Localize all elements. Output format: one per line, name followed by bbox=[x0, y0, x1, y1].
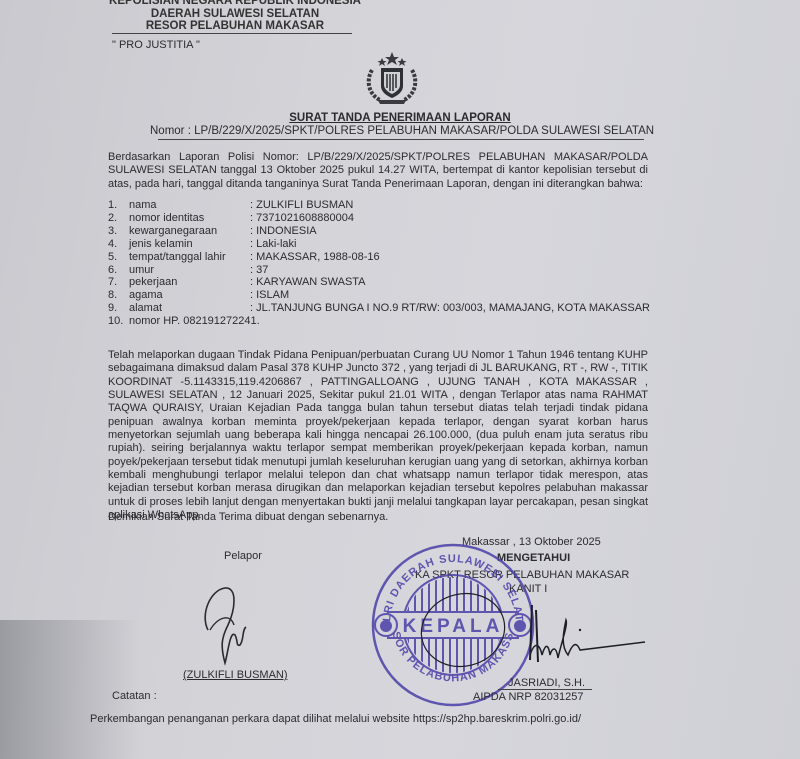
reporter-label: Pelapor bbox=[224, 550, 262, 562]
identity-row: 2.nomor identitas: 7371021608880004 bbox=[108, 212, 650, 225]
row-value: : ZULKIFLI BUSMAN bbox=[250, 199, 353, 212]
header-line-3: RESOR PELABUHAN MAKASAR bbox=[105, 20, 365, 33]
row-label: nomor identitas bbox=[129, 212, 250, 225]
document-title: SURAT TANDA PENERIMAAN LAPORAN bbox=[150, 112, 650, 124]
reporter-signature bbox=[200, 585, 270, 670]
row-number: 3. bbox=[108, 225, 129, 238]
identity-row: 5.tempat/tanggal lahir: MAKASSAR, 1988-0… bbox=[108, 251, 650, 264]
identity-list: 1.nama: ZULKIFLI BUSMAN 2.nomor identita… bbox=[108, 199, 650, 328]
police-emblem-icon bbox=[362, 50, 422, 106]
report-paragraph: Telah melaporkan dugaan Tindak Pidana Pe… bbox=[108, 349, 648, 522]
document-number: Nomor : LP/B/229/X/2025/SPKT/POLRES PELA… bbox=[150, 125, 650, 137]
row-label: nomor HP. 082191272241. bbox=[129, 315, 260, 328]
row-value: : Laki-laki bbox=[250, 238, 296, 251]
row-label: umur bbox=[129, 264, 250, 277]
identity-row: 6.umur: 37 bbox=[108, 264, 650, 277]
officer-name-underline bbox=[498, 689, 592, 690]
row-label: tempat/tanggal lahir bbox=[129, 251, 250, 264]
row-number: 5. bbox=[108, 251, 129, 264]
row-number: 1. bbox=[108, 199, 129, 212]
row-number: 9. bbox=[108, 302, 129, 315]
row-value: : INDONESIA bbox=[250, 225, 317, 238]
row-number: 10. bbox=[108, 315, 129, 328]
row-value: : 7371021608880004 bbox=[250, 212, 354, 225]
identity-row: 8.agama: ISLAM bbox=[108, 289, 650, 302]
header-divider bbox=[112, 33, 352, 34]
row-number: 6. bbox=[108, 264, 129, 277]
row-label: nama bbox=[129, 199, 250, 212]
row-number: 4. bbox=[108, 238, 129, 251]
notes-label: Catatan : bbox=[112, 690, 157, 702]
identity-row: 7.pekerjaan: KARYAWAN SWASTA bbox=[108, 276, 650, 289]
identity-row: 1.nama: ZULKIFLI BUSMAN bbox=[108, 199, 650, 212]
row-label: kewarganegaraan bbox=[129, 225, 250, 238]
row-label: alamat bbox=[129, 302, 250, 315]
intro-paragraph: Berdasarkan Laporan Polisi Nomor: LP/B/2… bbox=[108, 151, 648, 191]
row-label: jenis kelamin bbox=[129, 238, 250, 251]
officer-signature bbox=[520, 600, 650, 675]
closing-statement: Demikian Surat Tanda Terima dibuat denga… bbox=[108, 511, 648, 524]
officer-name: JASRIADI, S.H. bbox=[508, 677, 585, 689]
identity-row: 4.jenis kelamin: Laki-laki bbox=[108, 238, 650, 251]
row-number: 8. bbox=[108, 289, 129, 302]
identity-row: 10.nomor HP. 082191272241. bbox=[108, 315, 650, 328]
row-number: 2. bbox=[108, 212, 129, 225]
number-divider bbox=[158, 139, 644, 140]
row-value: : ISLAM bbox=[250, 289, 289, 302]
reporter-name: (ZULKIFLI BUSMAN) bbox=[183, 669, 288, 681]
row-value: : 37 bbox=[250, 264, 268, 277]
row-value: : JL.TANJUNG BUNGA I NO.9 RT/RW: 003/003… bbox=[250, 302, 650, 315]
row-number: 7. bbox=[108, 276, 129, 289]
row-label: agama bbox=[129, 289, 250, 302]
identity-row: 3.kewarganegaraan: INDONESIA bbox=[108, 225, 650, 238]
identity-row: 9.alamat: JL.TANJUNG BUNGA I NO.9 RT/RW:… bbox=[108, 302, 650, 315]
notes-website-text: Perkembangan penanganan perkara dapat di… bbox=[90, 713, 581, 725]
officer-rank-nrp: AIPDA NRP 82031257 bbox=[473, 691, 583, 703]
row-value: : MAKASSAR, 1988-08-16 bbox=[250, 251, 380, 264]
pro-justitia: " PRO JUSTITIA " bbox=[112, 39, 200, 51]
header-line-1: KEPOLISIAN NEGARA REPUBLIK INDONESIA bbox=[105, 0, 365, 8]
row-value: : KARYAWAN SWASTA bbox=[250, 276, 366, 289]
row-label: pekerjaan bbox=[129, 276, 250, 289]
svg-text:KEPALA: KEPALA bbox=[403, 616, 504, 637]
